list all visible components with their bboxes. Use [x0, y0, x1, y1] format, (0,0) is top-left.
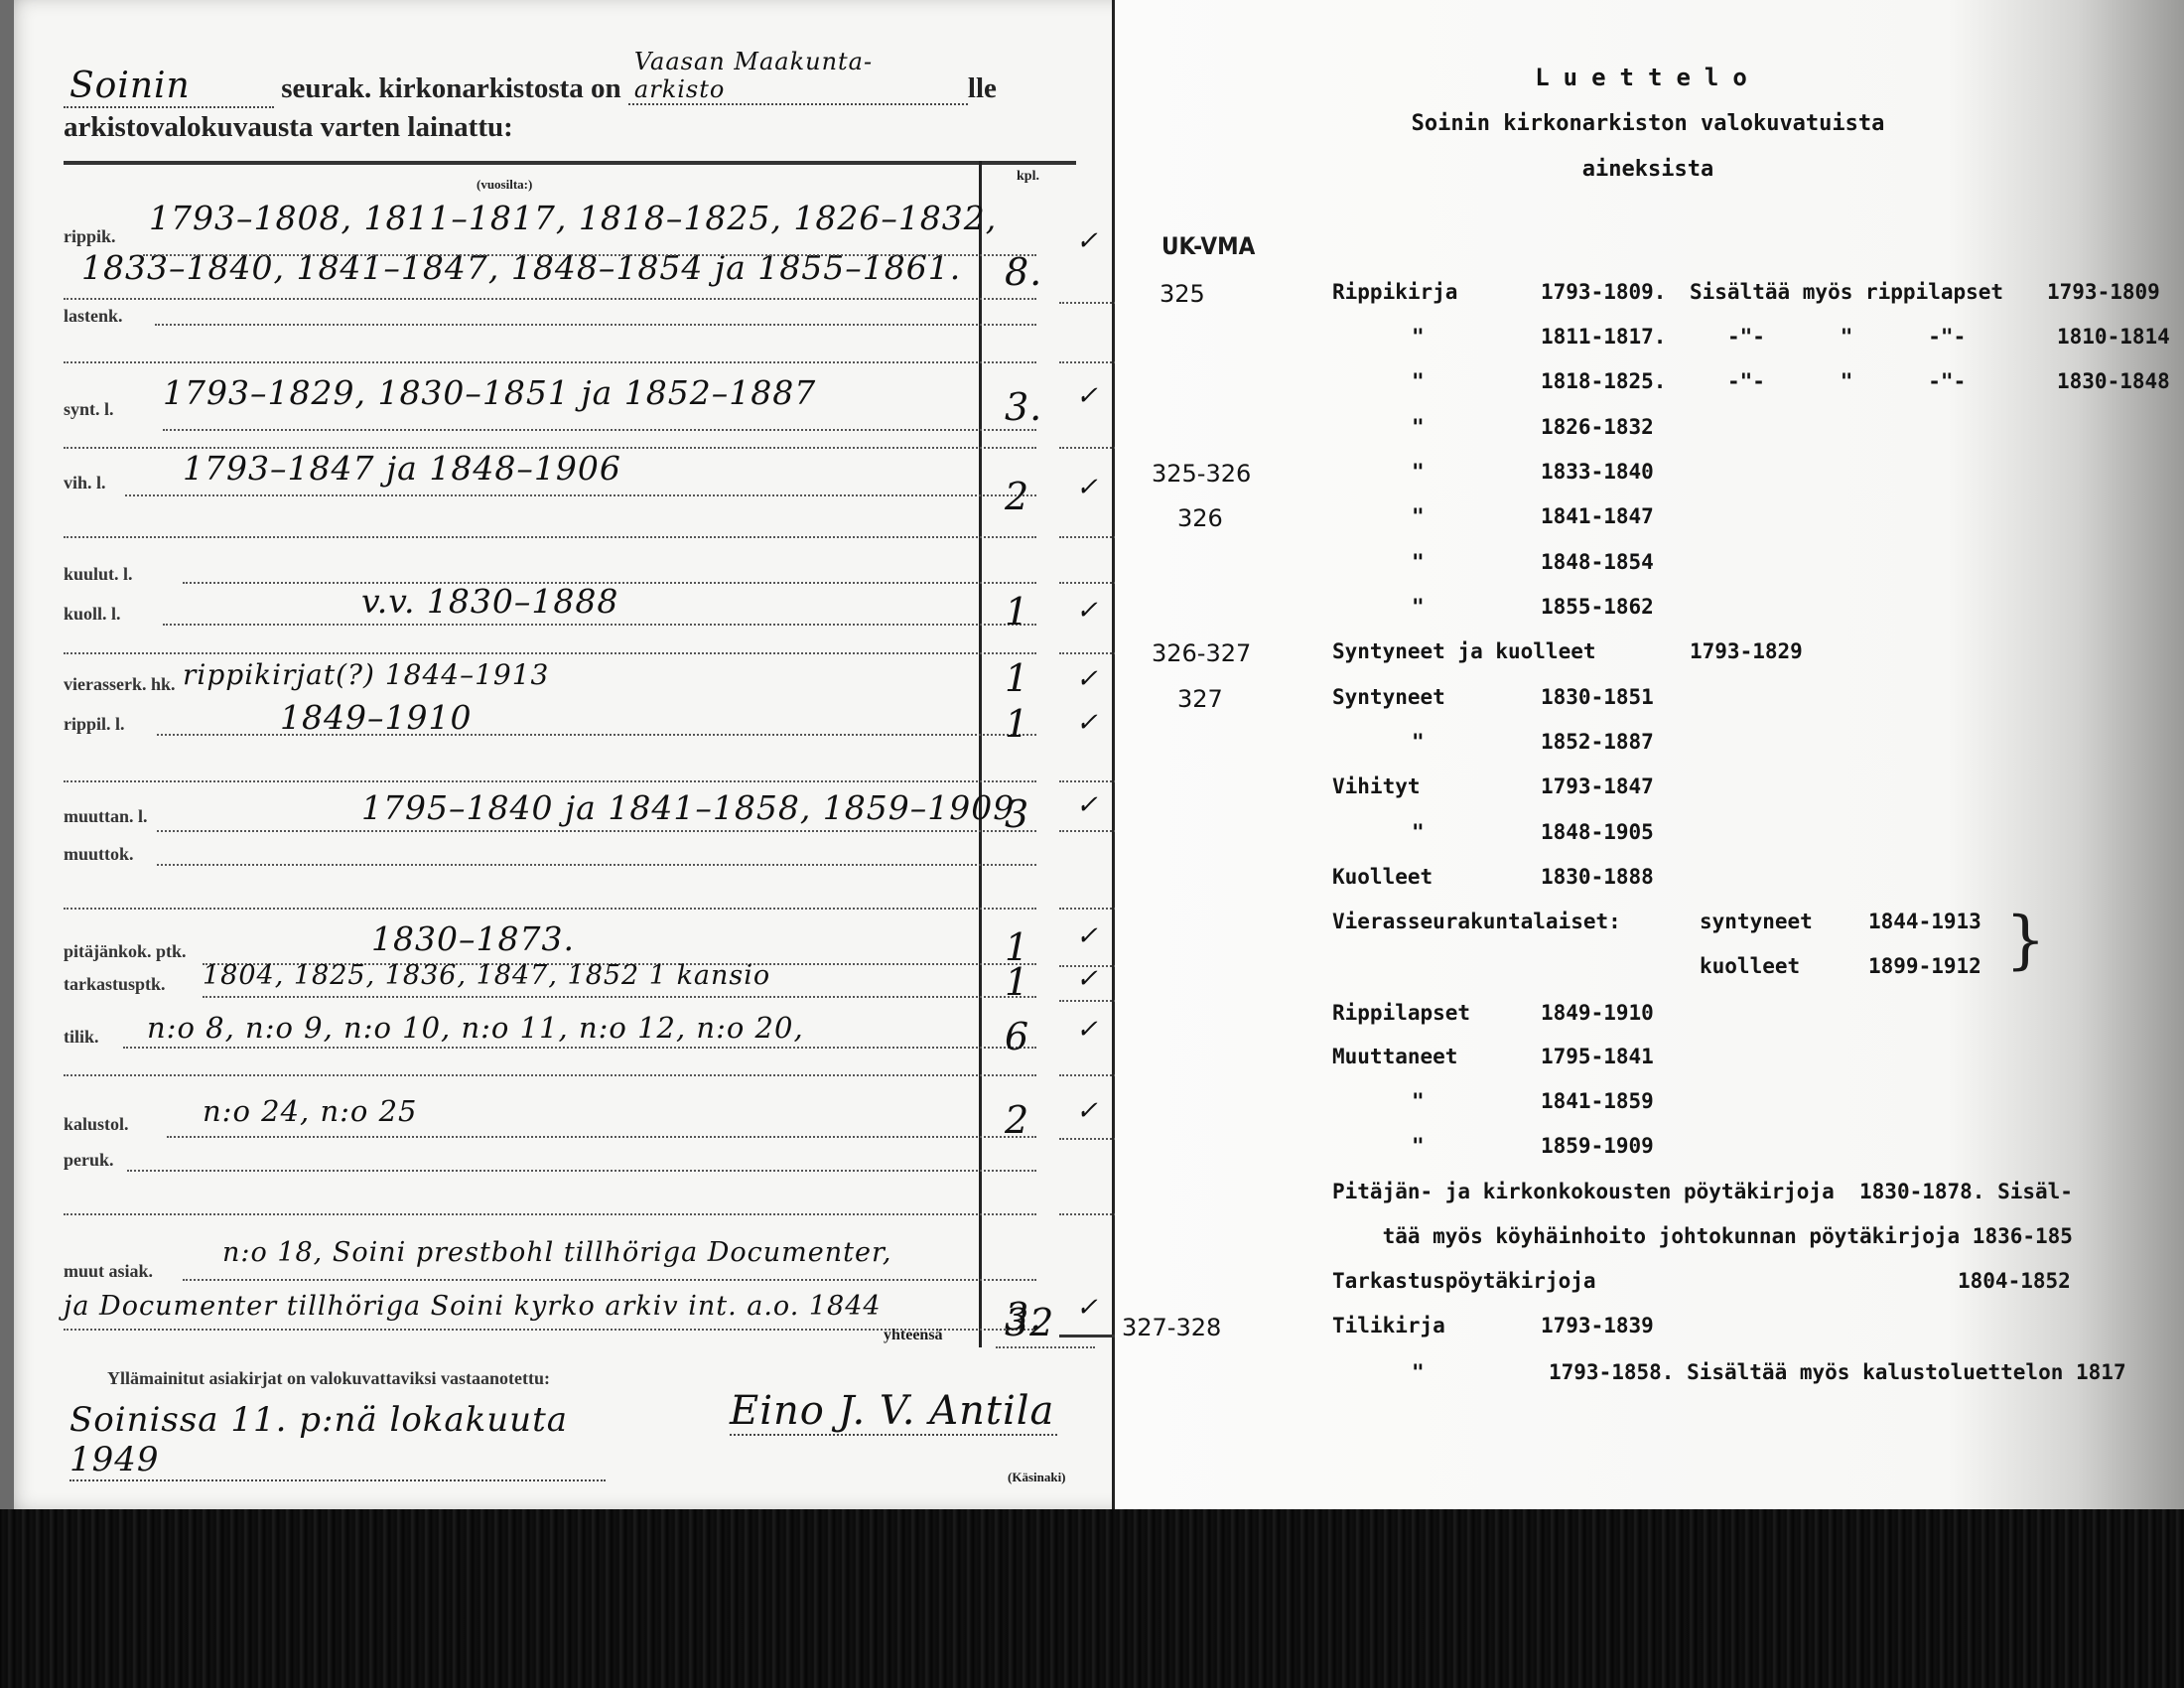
row-label: vih. l. [64, 473, 106, 493]
dotted-line [163, 624, 1036, 626]
row-count: 2 [1005, 1098, 1029, 1142]
entry-category: " [1412, 460, 1425, 484]
list-entry: Kuolleet 1830-1888 [1122, 865, 2184, 905]
dotted-line [64, 361, 1036, 363]
check-mark-icon: ✓ [1076, 226, 1099, 256]
entry-note: -"- " -"- [1727, 369, 1966, 393]
entry-years: 1793-1809. [1541, 280, 1666, 304]
entry-category: " [1412, 504, 1425, 528]
list-entry: Muuttaneet 1795-1841 [1122, 1045, 2184, 1084]
list-entry: 325-326 " 1833-1840 [1122, 460, 2184, 499]
list-entry: " 1811-1817. -"- " -"- 1810-1814 [1122, 325, 2184, 364]
dotted-line [183, 1279, 1036, 1281]
list-entry: " 1826-1832 [1122, 415, 2184, 455]
recipient-field: Vaasan Maakunta-arkisto [628, 48, 968, 105]
entry-note: Sisältää myös rippilapset [1690, 280, 2003, 304]
list-entry: Rippilapset 1849-1910 [1122, 1001, 2184, 1041]
entry-years: kuolleet [1700, 954, 1800, 978]
entry-category: Syntyneet [1332, 685, 1445, 709]
place-date-field: Soinissa 11. p:nä lokakuuta 1949 [69, 1400, 606, 1481]
entry-years: 1848-1905 [1541, 820, 1654, 844]
form-row-vih: vih. l. 1793–1847 ja 1848–1906 2 ✓ [64, 445, 1096, 554]
row-label: synt. l. [64, 399, 114, 420]
list-entry: Pitäjän- ja kirkonkokousten pöytäkirjoja… [1122, 1180, 2184, 1219]
row-value: 1793–1808, 1811–1817, 1818–1825, 1826–18… [149, 199, 997, 237]
check-mark-icon: ✓ [1076, 1293, 1099, 1323]
form-row-tilik: tilik. n:o 8, n:o 9, n:o 10, n:o 11, n:o… [64, 1013, 1096, 1072]
row-label: muut asiak. [64, 1261, 153, 1282]
header-text-1: seurak. kirkonarkistosta on [281, 72, 620, 104]
list-entry: " 1852-1887 [1122, 730, 2184, 770]
list-entry: 327 Syntyneet 1830-1851 [1122, 685, 2184, 725]
entry-note: -"- " -"- [1727, 325, 1966, 349]
form-row-tarkastusptk: tarkastusptk. 1804, 1825, 1836, 1847, 18… [64, 968, 1096, 1008]
entry-years: 1833-1840 [1541, 460, 1654, 484]
entry-category: Muuttaneet [1332, 1045, 1457, 1068]
row-count: 8. [1005, 250, 1042, 294]
entry-ref: 326-327 [1152, 639, 1251, 667]
entry-category: " [1412, 730, 1425, 754]
count-dotted-line [996, 1346, 1095, 1348]
entry-category: " [1412, 1089, 1425, 1113]
row-label: rippik. [64, 226, 116, 247]
form-row-muut-asiak: muut asiak. n:o 18, Soini prestbohl till… [64, 1211, 1096, 1340]
form-row-kuoll: kuoll. l. v.v. 1830–1888 1 ✓ [64, 594, 1096, 643]
entry-ref: 325-326 [1152, 460, 1251, 488]
list-entry: 327-328 Tilikirja 1793-1839 [1122, 1314, 2184, 1353]
check-mark-icon: ✓ [1076, 921, 1099, 951]
entry-category: Pitäjän- ja kirkonkokousten pöytäkirjoja… [1332, 1180, 2073, 1203]
row-value: 1793–1847 ja 1848–1906 [183, 449, 621, 488]
list-entry: Vihityt 1793-1847 [1122, 774, 2184, 814]
row-count: 1 [1005, 702, 1029, 746]
row-label: tarkastusptk. [64, 974, 166, 995]
entry-years: 1818-1825. [1541, 369, 1666, 393]
entry-category: tää myös köyhäinhoito johtokunnan pöytäk… [1332, 1224, 2073, 1248]
row-label: tilik. [64, 1027, 99, 1048]
list-entry: " 1818-1825. -"- " -"- 1830-1848 [1122, 369, 2184, 409]
row-label: muuttan. l. [64, 806, 148, 827]
received-sentence: Yllämainitut asiakirjat on valokuvattavi… [107, 1368, 550, 1389]
entry-years: 1795-1841 [1541, 1045, 1654, 1068]
row-value: 1793–1829, 1830–1851 ja 1852–1887 [163, 373, 816, 412]
dotted-line [64, 780, 1036, 782]
entry-category: " [1412, 820, 1425, 844]
list-entry: " 1855-1862 [1122, 595, 2184, 634]
check-mark-icon: ✓ [1076, 1096, 1099, 1126]
form-row-synt: synt. l. 1793–1829, 1830–1851 ja 1852–18… [64, 359, 1096, 449]
entry-category: " [1412, 369, 1425, 393]
row-label: kuulut. l. [64, 564, 133, 585]
entry-years: 1793-1858. Sisältää myös kalustoluettelo… [1549, 1360, 2126, 1384]
list-entry: Tarkastuspöytäkirjoja 1804-1852 [1122, 1269, 2184, 1309]
header-suffix: lle [968, 72, 997, 104]
dotted-line [167, 1136, 1036, 1138]
check-mark-icon: ✓ [1076, 708, 1099, 738]
row-value: 1830–1873. [371, 919, 575, 958]
entry-category: Rippikirja [1332, 280, 1457, 304]
entry-years: 1848-1854 [1541, 550, 1654, 574]
check-mark-icon: ✓ [1076, 790, 1099, 820]
dotted-line [64, 536, 1036, 538]
row-value: n:o 24, n:o 25 [203, 1094, 418, 1128]
list-entry: " 1848-1854 [1122, 550, 2184, 590]
dotted-line [64, 1074, 1036, 1076]
dotted-line [123, 1047, 1036, 1049]
dotted-line [157, 864, 1036, 866]
entry-ref: 326 [1177, 504, 1223, 532]
entry-extra: 1804-1852 [1958, 1269, 2071, 1293]
entry-years: 1852-1887 [1541, 730, 1654, 754]
entry-ref: 325 [1160, 280, 1205, 308]
form-row-peruk: peruk. [64, 1152, 1096, 1192]
entry-ref: 327-328 [1122, 1314, 1221, 1341]
row-value: rippikirjat(?) 1844–1913 [183, 658, 549, 691]
list-subtitle-2: aineksista [1112, 157, 2184, 182]
entry-category: " [1412, 325, 1425, 349]
entry-years: syntyneet [1700, 910, 1813, 933]
check-mark-icon: ✓ [1076, 596, 1099, 626]
list-entry: " 1848-1905 [1122, 820, 2184, 860]
row-label: kalustol. [64, 1114, 129, 1135]
entry-category: Kuolleet [1332, 865, 1433, 889]
film-edge-dark-band [0, 1504, 2184, 1688]
row-count: 3 [1005, 792, 1029, 836]
form-row-lastenk: lastenk. [64, 298, 1096, 338]
row-value: v.v. 1830–1888 [361, 582, 618, 621]
dotted-line [163, 429, 1036, 431]
entry-extra: 1793-1809 [2047, 280, 2160, 304]
entry-category: Tarkastuspöytäkirjoja [1332, 1269, 1596, 1293]
form-row-kalustol: kalustol. n:o 24, n:o 25 2 ✓ [64, 1072, 1096, 1152]
row-count: 3. [1005, 385, 1042, 429]
form-header-line-1: Soinin seurak. kirkonarkistosta on Vaasa… [64, 48, 1076, 103]
check-mark-icon: ✓ [1076, 664, 1099, 694]
dotted-line [157, 734, 1036, 736]
dotted-line [203, 996, 1036, 998]
form-row-muuttan: muuttan. l. 1795–1840 ja 1841–1858, 1859… [64, 774, 1096, 834]
count-column-label: kpl. [1017, 169, 1039, 185]
entry-years: 1793-1829 [1690, 639, 1803, 663]
form-row-pitajankok: pitäjänkok. ptk. 1830–1873. 1 ✓ [64, 906, 1096, 965]
dotted-line [155, 324, 1036, 326]
total-count: 32 [1005, 1301, 1054, 1344]
entry-years: 1826-1832 [1541, 415, 1654, 439]
entry-category: Vihityt [1332, 774, 1421, 798]
entry-note: 1844-1913 [1868, 910, 1981, 933]
row-label: kuoll. l. [64, 604, 121, 625]
row-value-line-2: ja Documenter tillhöriga Soini kyrko ark… [64, 1291, 882, 1322]
row-value: 1849–1910 [280, 698, 472, 737]
row-count: 2 [1005, 475, 1029, 518]
header-rule [64, 161, 1076, 165]
loan-form-page: Soinin seurak. kirkonarkistosta on Vaasa… [0, 0, 1115, 1509]
entry-category: " [1412, 595, 1425, 619]
parish-name-field: Soinin [64, 66, 274, 108]
check-mark-icon: ✓ [1076, 964, 1099, 994]
entry-years: 1859-1909 [1541, 1134, 1654, 1158]
row-count: 1 [1005, 656, 1029, 700]
row-count: 1 [1005, 960, 1029, 1004]
entry-years: 1830-1851 [1541, 685, 1654, 709]
row-value: n:o 8, n:o 9, n:o 10, n:o 11, n:o 12, n:… [147, 1011, 804, 1045]
entry-years: 1855-1862 [1541, 595, 1654, 619]
row-value: n:o 18, Soini prestbohl tillhöriga Docum… [222, 1237, 892, 1268]
row-label: peruk. [64, 1150, 114, 1171]
row-label: lastenk. [64, 306, 123, 327]
entry-category: Rippilapset [1332, 1001, 1470, 1025]
entry-category: " [1412, 415, 1425, 439]
list-entry: tää myös köyhäinhoito johtokunnan pöytäk… [1122, 1224, 2184, 1264]
entry-years: 1841-1847 [1541, 504, 1654, 528]
dotted-line [157, 830, 1036, 832]
reference-column-header: UK-VMA [1161, 232, 1255, 260]
list-title: Luettelo [1112, 64, 2184, 91]
years-column-label: (vuosilta:) [477, 177, 532, 193]
row-count: 6 [1005, 1015, 1029, 1058]
signature-field: Eino J. V. Antila [730, 1388, 1057, 1436]
list-entry: " 1841-1859 [1122, 1089, 2184, 1129]
dotted-line [64, 652, 1036, 654]
row-label: vierasserk. hk. [64, 674, 176, 695]
entry-ref: 327 [1177, 685, 1223, 713]
check-mark-icon: ✓ [1076, 473, 1099, 502]
entry-category: Tilikirja [1332, 1314, 1445, 1337]
total-label: yhteensä [884, 1327, 943, 1344]
row-label: pitäjänkok. ptk. [64, 941, 187, 962]
signature-label: (Käsinaki) [1008, 1470, 1066, 1485]
page-binding-edge [0, 0, 14, 1509]
entry-note: 1899-1912 [1868, 954, 1981, 978]
dotted-line [127, 1170, 1036, 1172]
entry-category: " [1412, 550, 1425, 574]
entry-category: Vierasseurakuntalaiset: [1332, 910, 1621, 933]
check-mark-icon: ✓ [1076, 381, 1099, 411]
form-row-vierasserk: vierasserk. hk. rippikirjat(?) 1844–1913… [64, 650, 1096, 705]
row-label: rippil. l. [64, 714, 125, 735]
entry-years: 1841-1859 [1541, 1089, 1654, 1113]
list-entry: " 1793-1858. Sisältää myös kalustoluette… [1122, 1360, 2184, 1400]
entry-category: " [1412, 1360, 1425, 1384]
entry-extra: 1810-1814 [2057, 325, 2170, 349]
dotted-line [64, 908, 1036, 910]
entry-years: 1793-1839 [1541, 1314, 1654, 1337]
entry-category: Syntyneet ja kuolleet [1332, 639, 1596, 663]
dotted-line [143, 254, 1036, 256]
row-label: muuttok. [64, 844, 134, 865]
list-entry: 325 Rippikirja 1793-1809. Sisältää myös … [1122, 280, 2184, 320]
entry-years: 1811-1817. [1541, 325, 1666, 349]
row-value: 1795–1840 ja 1841–1858, 1859–1909 [361, 788, 1015, 827]
entry-years: 1849-1910 [1541, 1001, 1654, 1025]
entry-years: 1793-1847 [1541, 774, 1654, 798]
list-subtitle-1: Soinin kirkonarkiston valokuvatuista [1112, 111, 2184, 136]
brace-icon: } [2005, 909, 2046, 972]
list-entry: 326 " 1841-1847 [1122, 504, 2184, 544]
form-row-rippil: rippil. l. 1849–1910 1 ✓ [64, 700, 1096, 750]
form-row-muuttok: muuttok. [64, 842, 1096, 882]
row-count: 1 [1005, 590, 1029, 633]
check-mark-icon: ✓ [1076, 1015, 1099, 1045]
list-entry: " 1859-1909 [1122, 1134, 2184, 1174]
dotted-line [64, 1213, 1036, 1215]
entry-category: " [1412, 1134, 1425, 1158]
row-value: 1804, 1825, 1836, 1847, 1852 1 kansio [203, 960, 770, 991]
entry-extra: 1830-1848 [2057, 369, 2170, 393]
form-header-line-2: arkistovalokuvausta varten lainattu: [64, 111, 513, 144]
entry-years: 1830-1888 [1541, 865, 1654, 889]
dotted-line [125, 494, 1036, 496]
list-entry: 326-327 Syntyneet ja kuolleet 1793-1829 [1122, 639, 2184, 679]
